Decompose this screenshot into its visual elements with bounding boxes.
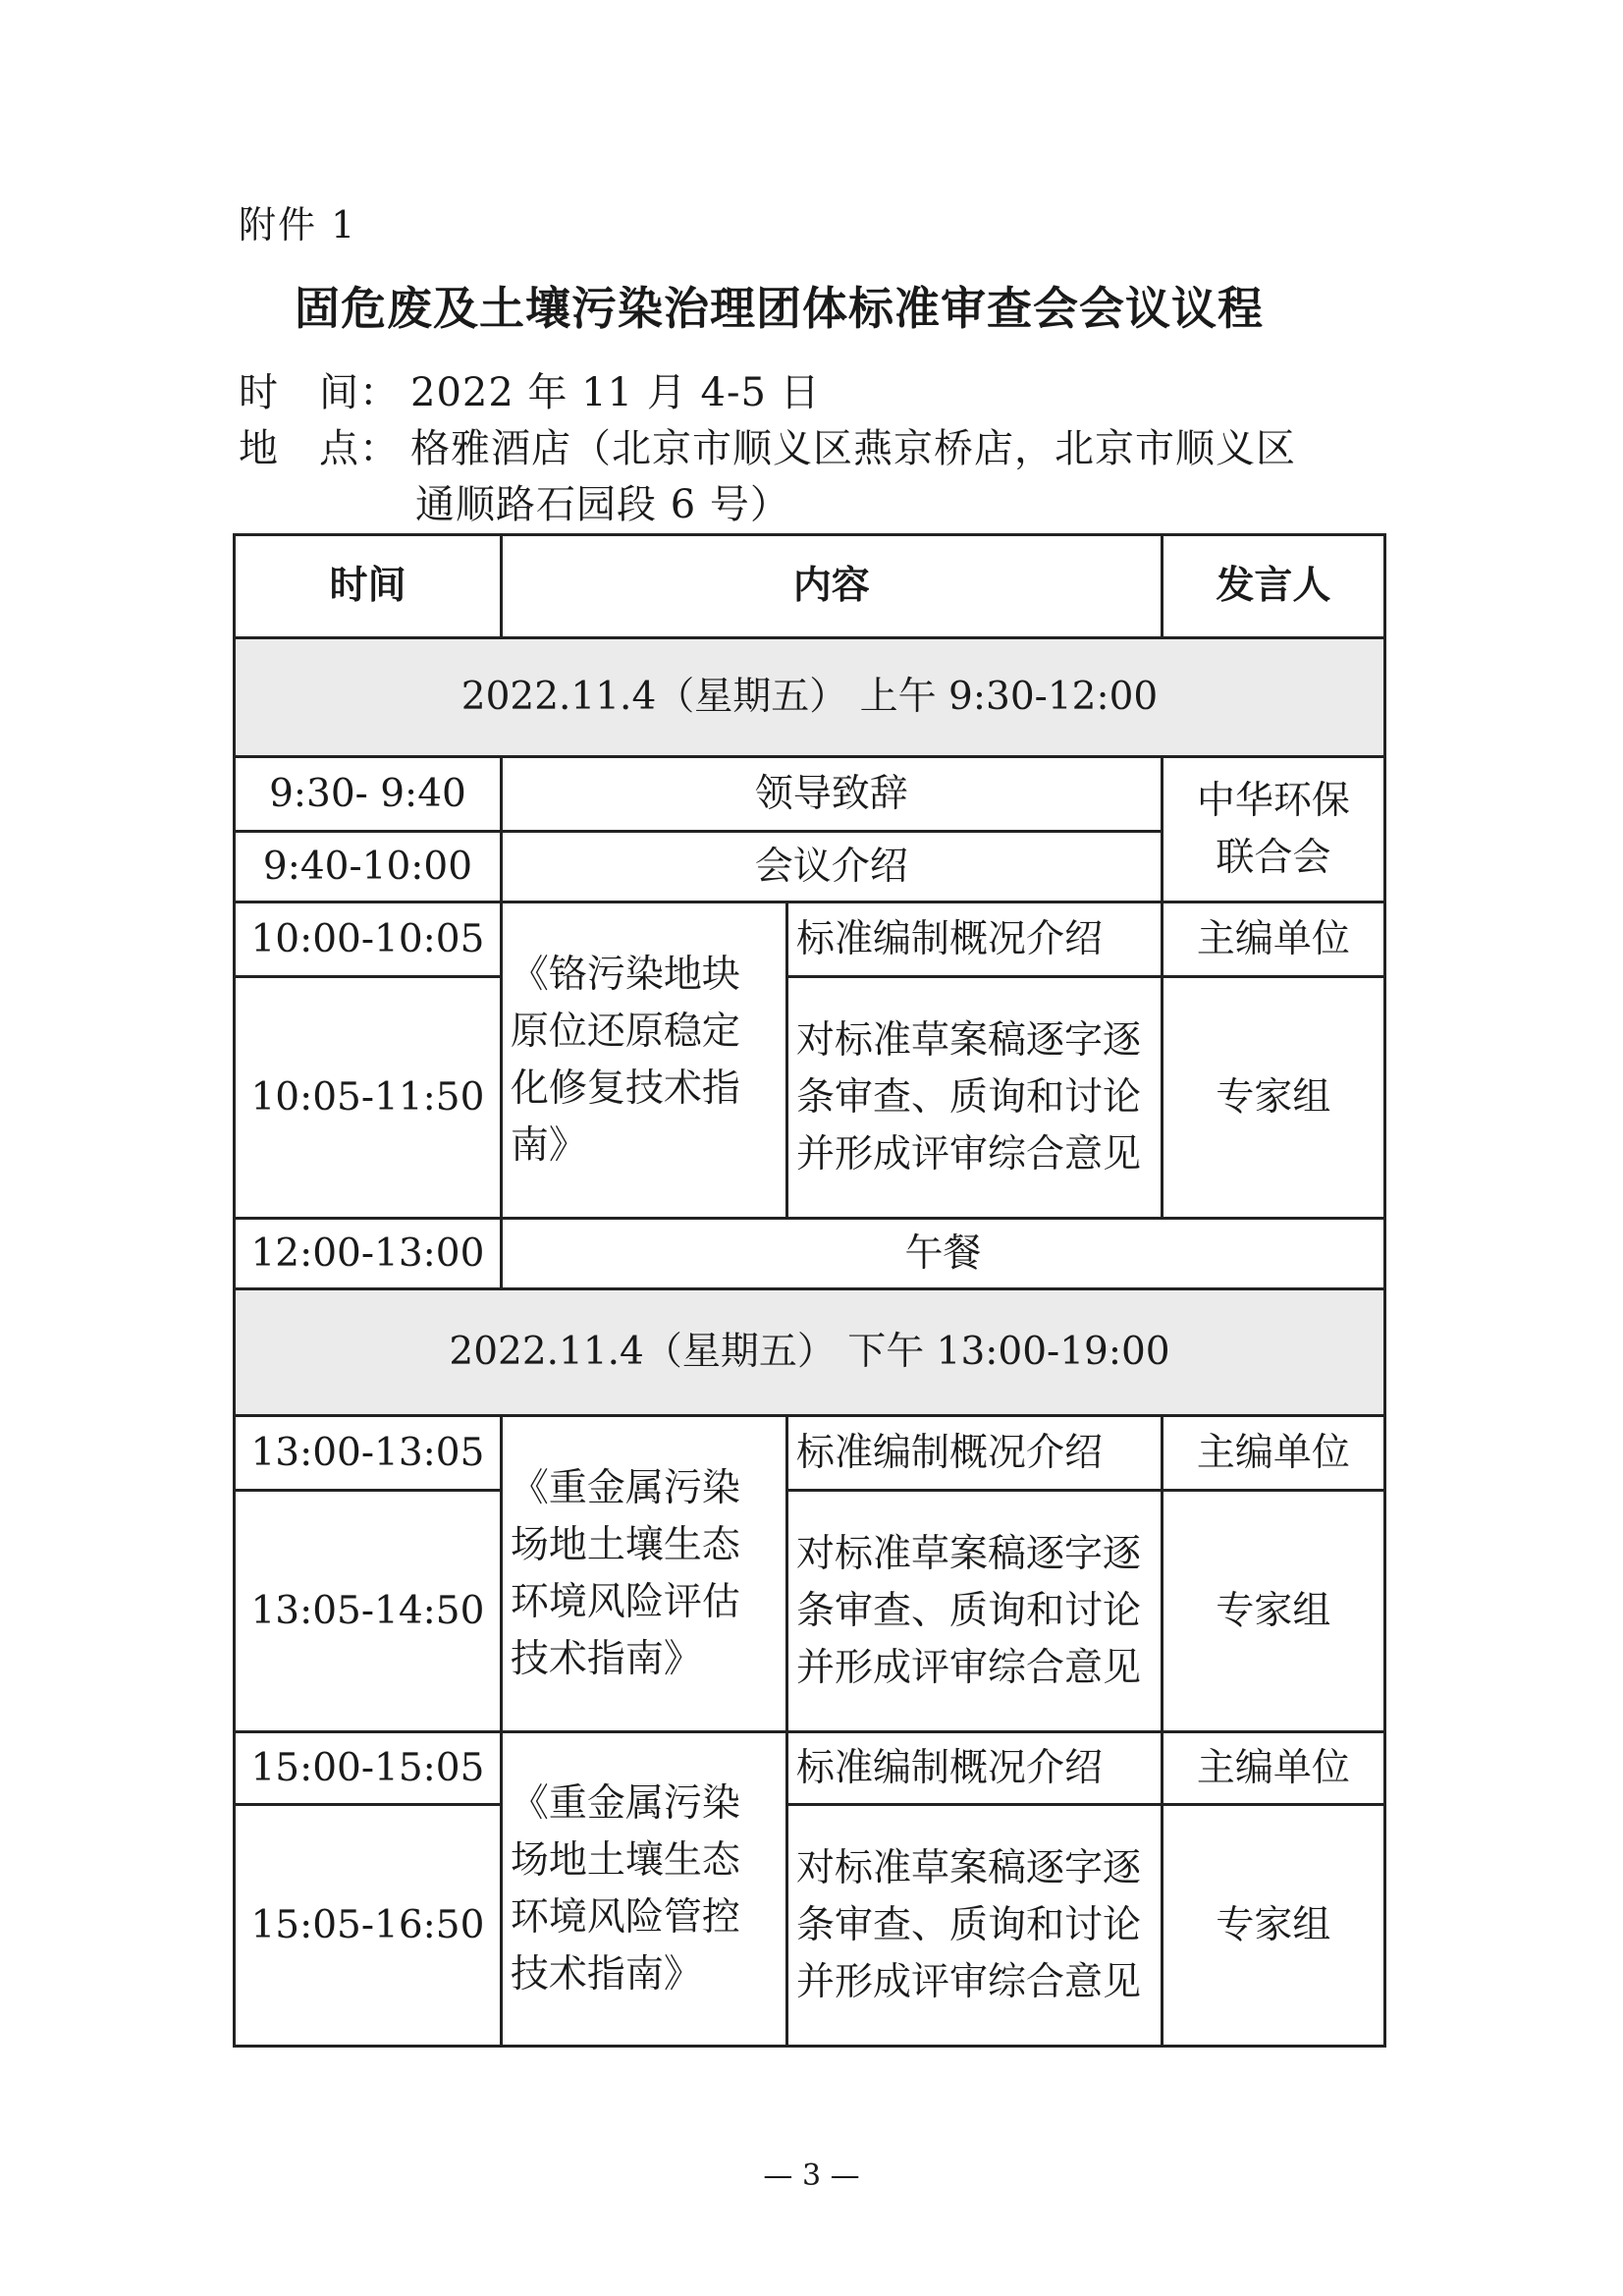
place-value-line1: 格雅酒店（北京市顺义区燕京桥店，北京市顺义区 [410,426,1296,471]
row-content: 标准编制概况介绍 [787,1416,1163,1491]
section-heading: 2022.11.4（星期五） 下午 13:00-19:00 [235,1289,1385,1416]
section-heading: 2022.11.4（星期五） 上午 9:30-12:00 [235,638,1385,757]
row-speaker: 专家组 [1162,1805,1384,2047]
standard-name: 《重金属污染场地土壤生态环境风险管控技术指南》 [501,1732,786,2047]
row-content: 会议介绍 [501,832,1162,902]
meta-time: 时 间：2022 年 11 月 4-5 日 [239,361,821,417]
table-row: 15:05-16:50 对标准草案稿逐字逐条审查、质询和讨论并形成评审综合意见 … [235,1805,1385,2047]
row-content: 对标准草案稿逐字逐条审查、质询和讨论并形成评审综合意见 [787,1491,1163,1732]
row-time: 9:40-10:00 [235,832,502,902]
row-speaker: 主编单位 [1162,1732,1384,1805]
row-speaker: 主编单位 [1162,1416,1384,1491]
table-row: 10:05-11:50 对标准草案稿逐字逐条审查、质询和讨论并形成评审综合意见 … [235,977,1385,1219]
row-time: 13:00-13:05 [235,1416,502,1491]
header-content: 内容 [501,535,1162,638]
table-row: 13:05-14:50 对标准草案稿逐字逐条审查、质询和讨论并形成评审综合意见 … [235,1491,1385,1732]
row-time: 13:05-14:50 [235,1491,502,1732]
meta-place: 地 点：格雅酒店（北京市顺义区燕京桥店，北京市顺义区 [239,417,1296,473]
table-header-row: 时间 内容 发言人 [235,535,1385,638]
row-content: 午餐 [501,1219,1384,1289]
header-time: 时间 [235,535,502,638]
row-time: 10:00-10:05 [235,902,502,977]
place-label: 地 点： [239,417,410,473]
standard-name: 《重金属污染场地土壤生态环境风险评估技术指南》 [501,1416,786,1732]
row-speaker: 中华环保联合会 [1162,757,1384,902]
row-content: 标准编制概况介绍 [787,902,1163,977]
attachment-label: 附件 1 [239,194,356,248]
row-time: 9:30- 9:40 [235,757,502,832]
row-speaker: 专家组 [1162,1491,1384,1732]
section-heading-row: 2022.11.4（星期五） 下午 13:00-19:00 [235,1289,1385,1416]
table-row: 9:30- 9:40 领导致辞 中华环保联合会 [235,757,1385,832]
table-row: 15:00-15:05 《重金属污染场地土壤生态环境风险管控技术指南》 标准编制… [235,1732,1385,1805]
document-title: 固危废及土壤污染治理团体标准审查会会议议程 [295,273,1375,338]
row-time: 15:00-15:05 [235,1732,502,1805]
row-content: 标准编制概况介绍 [787,1732,1163,1805]
row-speaker: 专家组 [1162,977,1384,1219]
row-speaker: 主编单位 [1162,902,1384,977]
row-content: 领导致辞 [501,757,1162,832]
row-time: 10:05-11:50 [235,977,502,1219]
row-content: 对标准草案稿逐字逐条审查、质询和讨论并形成评审综合意见 [787,1805,1163,2047]
header-speaker: 发言人 [1162,535,1384,638]
time-value: 2022 年 11 月 4-5 日 [410,370,821,415]
table-row: 13:00-13:05 《重金属污染场地土壤生态环境风险评估技术指南》 标准编制… [235,1416,1385,1491]
row-content: 对标准草案稿逐字逐条审查、质询和讨论并形成评审综合意见 [787,977,1163,1219]
row-time: 12:00-13:00 [235,1219,502,1289]
agenda-table: 时间 内容 发言人 2022.11.4（星期五） 上午 9:30-12:00 9… [233,533,1386,2048]
row-time: 15:05-16:50 [235,1805,502,2047]
place-value-line2: 通顺路石园段 6 号） [415,473,790,529]
section-heading-row: 2022.11.4（星期五） 上午 9:30-12:00 [235,638,1385,757]
page-number: — 3 — [0,2159,1623,2193]
table-row: 10:00-10:05 《铬污染地块原位还原稳定化修复技术指南》 标准编制概况介… [235,902,1385,977]
table-row: 12:00-13:00 午餐 [235,1219,1385,1289]
standard-name: 《铬污染地块原位还原稳定化修复技术指南》 [501,902,786,1219]
time-label: 时 间： [239,361,410,417]
